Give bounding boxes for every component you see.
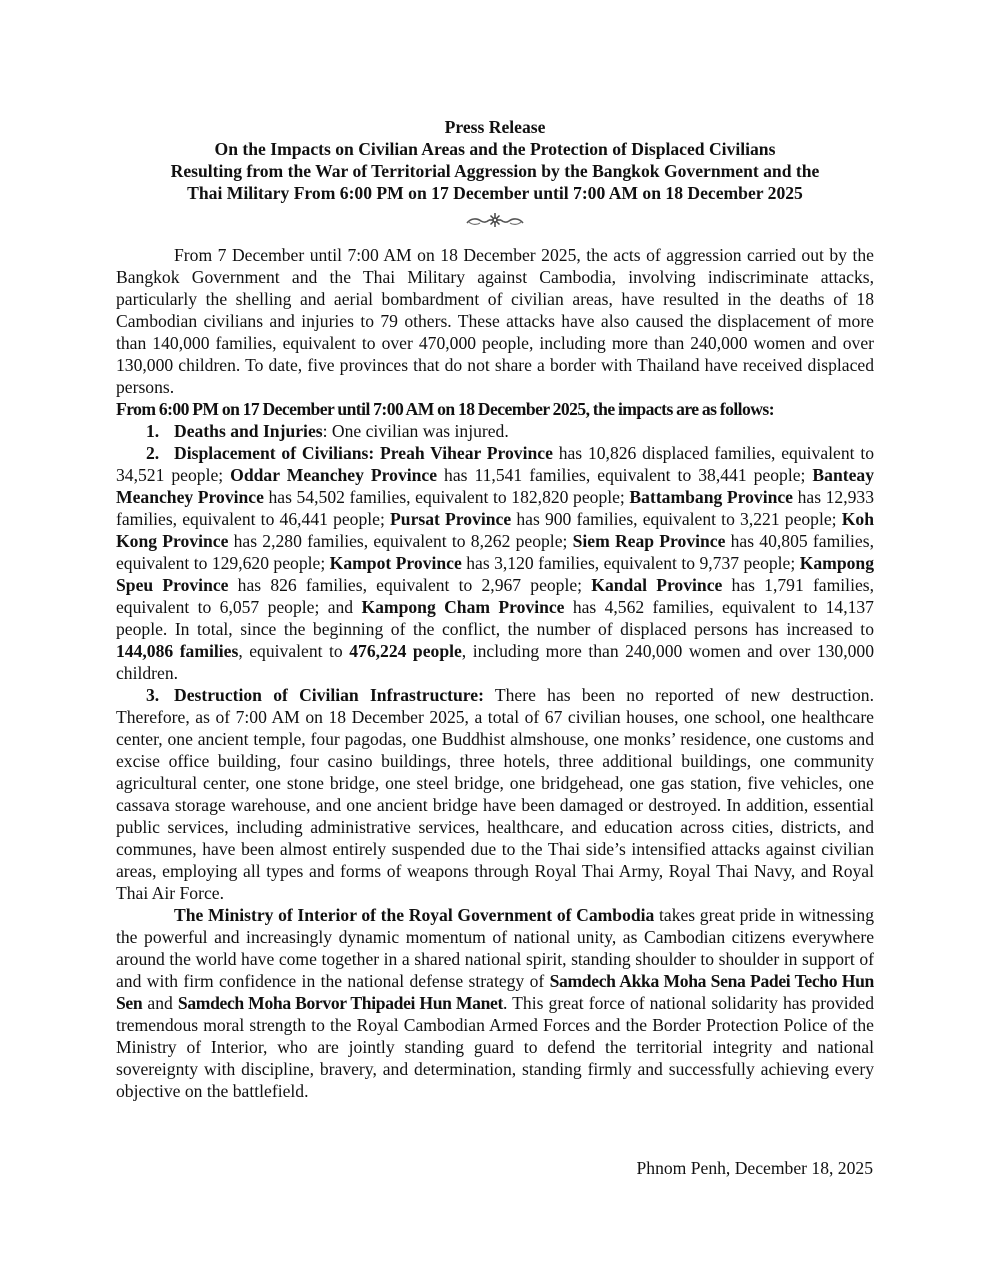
province-name: Pursat Province: [390, 509, 511, 529]
title-line-1: On the Impacts on Civilian Areas and the…: [116, 138, 874, 160]
title-block: Press Release On the Impacts on Civilian…: [116, 116, 874, 230]
item-heading: Destruction of Civilian Infrastructure:: [174, 685, 484, 705]
total-people: 476,224 people: [349, 641, 462, 661]
document-body: From 7 December until 7:00 AM on 18 Dece…: [116, 244, 874, 1102]
province-name: Kampong Cham Province: [361, 597, 564, 617]
province-name: Oddar Meanchey Province: [230, 465, 437, 485]
province-name: Kampot Province: [330, 553, 462, 573]
province-name: Siem Reap Province: [573, 531, 726, 551]
province-name: Battambang Province: [629, 487, 793, 507]
floral-divider-icon: [465, 210, 525, 230]
province-stats: has 54,502 families, equivalent to 182,8…: [264, 487, 630, 507]
impacts-subheading: From 6:00 PM on 17 December until 7:00 A…: [116, 398, 874, 420]
place-date-signature: Phnom Penh, December 18, 2025: [636, 1158, 873, 1179]
document-label: Press Release: [116, 116, 874, 138]
title-line-3: Thai Military From 6:00 PM on 17 Decembe…: [116, 182, 874, 204]
province-stats: has 2,280 families, equivalent to 8,262 …: [228, 531, 572, 551]
item-number: 1.: [116, 420, 174, 442]
item-displacement: 2.Displacement of Civilians: Preah Vihea…: [116, 442, 874, 684]
province-stats: has 11,541 families, equivalent to 38,44…: [437, 465, 812, 485]
conjunction: and: [142, 993, 178, 1013]
intro-paragraph: From 7 December until 7:00 AM on 18 Dece…: [116, 244, 874, 398]
total-mid: , equivalent to: [238, 641, 349, 661]
item-number: 3.: [116, 684, 174, 706]
total-prefix: In total, since the beginning of the con…: [175, 619, 874, 639]
total-families: 144,086 families: [116, 641, 238, 661]
ministry-name: The Ministry of Interior of the Royal Go…: [174, 905, 654, 925]
closing-paragraph: The Ministry of Interior of the Royal Go…: [116, 904, 874, 1102]
province-stats: has 900 families, equivalent to 3,221 pe…: [511, 509, 842, 529]
province-stats: has 3,120 families, equivalent to 9,737 …: [462, 553, 800, 573]
item-deaths-injuries: 1.Deaths and Injuries: One civilian was …: [116, 420, 874, 442]
item-text: There has been no reported of new destru…: [116, 685, 874, 903]
leader-name-2: Samdech Moha Borvor Thipadei Hun Manet: [178, 993, 503, 1013]
item-infrastructure: 3.Destruction of Civilian Infrastructure…: [116, 684, 874, 904]
item-heading: Deaths and Injuries: [174, 421, 323, 441]
province-name: Preah Vihear Province: [380, 443, 553, 463]
item-number: 2.: [116, 442, 174, 464]
item-heading: Displacement of Civilians:: [174, 443, 374, 463]
item-text: : One civilian was injured.: [323, 421, 509, 441]
province-stats: has 826 families, equivalent to 2,967 pe…: [228, 575, 591, 595]
title-line-2: Resulting from the War of Territorial Ag…: [116, 160, 874, 182]
press-release-page: Press Release On the Impacts on Civilian…: [116, 116, 874, 1102]
province-name: Kandal Province: [591, 575, 722, 595]
